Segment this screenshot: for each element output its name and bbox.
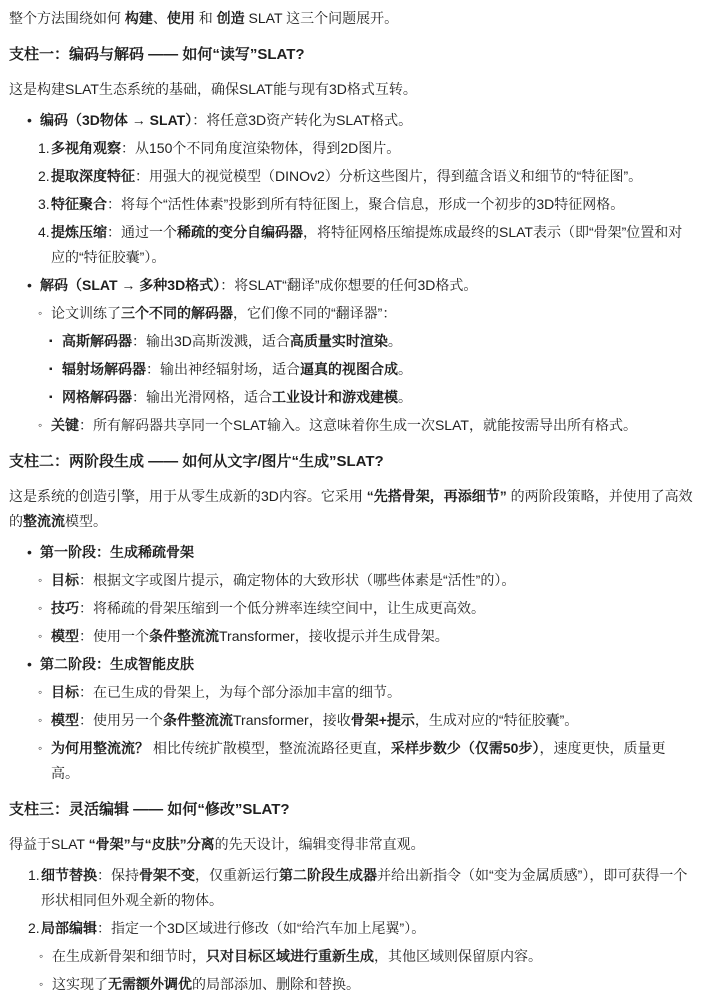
circle-bullet-icon: ◦ <box>38 413 51 438</box>
paragraph-text: 这是系统的创造引擎，用于从零生成新的3D内容。它采用 “先搭骨架，再添细节” 的… <box>9 488 693 529</box>
text-segment: “先搭骨架，再添细节” <box>367 488 507 504</box>
circle-bullet-icon: ◦ <box>39 972 52 990</box>
bullet-icon: • <box>27 273 40 298</box>
circle-bullet-icon: ◦ <box>38 624 51 649</box>
pillar1-lead: 这是构建SLAT生态系统的基础，确保SLAT能与现有3D格式互转。 <box>9 77 693 102</box>
text-segment: 第二阶段生成器 <box>279 867 377 883</box>
text-segment: 无需额外调优 <box>108 976 192 990</box>
text-segment: 的先天设计，编辑变得非常直观。 <box>215 836 425 852</box>
text-segment: 高斯解码器 <box>62 333 132 349</box>
text-segment: 使用 <box>167 10 195 26</box>
list-item-decoder: ▪ 辐射场解码器：输出神经辐射场，适合逼真的视图合成。 <box>49 357 693 382</box>
edit2-points: ◦ 在生成新骨架和细节时，只对目标区域进行重新生成，其他区域则保留原内容。 ◦ … <box>39 944 693 990</box>
circle-bullet-icon: ◦ <box>39 944 52 969</box>
square-bullet-icon: ▪ <box>49 385 62 410</box>
text-segment: ：保持 <box>97 867 139 883</box>
text-segment: 目标 <box>51 684 79 700</box>
list-item-body: 第一阶段：生成稀疏骨架 ◦ 目标：根据文字或图片提示，确定物体的大致形状（哪些体… <box>40 540 693 649</box>
text-segment: ：用强大的视觉模型（DINOv2）分析这些图片，得到蕴含语义和细节的“特征图”。 <box>135 168 642 184</box>
text-segment: 为何用整流流？ <box>51 740 149 756</box>
list-item-text: 多视角观察：从150个不同角度渲染物体，得到2D图片。 <box>51 136 693 161</box>
text-segment: 逼真的视图合成 <box>300 361 398 377</box>
text-segment: ：将每个“活性体素”投影到所有特征图上，聚合信息，形成一个初步的3D特征网格。 <box>107 196 624 212</box>
text-segment: 和 <box>195 10 217 26</box>
circle-bullet-icon: ◦ <box>38 596 51 621</box>
text-segment: ，其他区域则保留原内容。 <box>374 948 542 964</box>
text-segment: 条件整流流 <box>163 712 233 728</box>
list-item-text: 目标：在已生成的骨架上，为每个部分添加丰富的细节。 <box>51 680 693 705</box>
text-segment: 骨架不变 <box>139 867 195 883</box>
list-item-text: 在生成新骨架和细节时，只对目标区域进行重新生成，其他区域则保留原内容。 <box>52 944 693 969</box>
decode-sublist: ◦ 论文训练了三个不同的解码器，它们像不同的“翻译器”： ▪ 高斯解码器：输出3… <box>38 301 693 438</box>
list-item-text: 技巧：将稀疏的骨架压缩到一个低分辨率连续空间中，让生成更高效。 <box>51 596 693 621</box>
list-item-decode: • 解码（SLAT → 多种3D格式）：将SLAT“翻译”成你想要的任何3D格式… <box>27 273 693 438</box>
list-item-point: ◦ 为何用整流流？ 相比传统扩散模型，整流流路径更直，采样步数少（仅需50步），… <box>38 736 693 786</box>
text-segment: 。 <box>398 361 412 377</box>
text-segment: 网格解码器 <box>62 389 132 405</box>
document-body: 整个方法围绕如何 构建、使用 和 创造 SLAT 这三个问题展开。 支柱一：编码… <box>0 0 703 990</box>
list-item-step: 4. 提炼压缩：通过一个稀疏的变分自编码器，将特征网格压缩提炼成最终的SLAT表… <box>38 220 693 270</box>
list-item-edit2: 2. 局部编辑：指定一个3D区域进行修改（如“给汽车加上尾翼”）。 ◦ 在生成新… <box>28 916 693 990</box>
pillar3-heading: 支柱三：灵活编辑 —— 如何“修改”SLAT? <box>9 796 693 824</box>
text-segment: 整个方法围绕如何 <box>9 10 125 26</box>
list-item-translators: ◦ 论文训练了三个不同的解码器，它们像不同的“翻译器”： ▪ 高斯解码器：输出3… <box>38 301 693 410</box>
list-item-text: 第二阶段：生成智能皮肤 <box>40 652 693 677</box>
list-number: 2. <box>28 916 41 941</box>
text-segment: 工业设计和游戏建模 <box>272 389 398 405</box>
list-item-text: 第一阶段：生成稀疏骨架 <box>40 540 693 565</box>
list-item-point: ◦ 这实现了无需额外调优的局部添加、删除和替换。 <box>39 972 693 990</box>
text-segment: 在生成新骨架和细节时， <box>52 948 206 964</box>
list-number: 3. <box>38 192 51 217</box>
text-segment: ，它们像不同的“翻译器”： <box>233 305 396 321</box>
list-item-text: 辐射场解码器：输出神经辐射场，适合逼真的视图合成。 <box>62 357 693 382</box>
circle-bullet-icon: ◦ <box>38 708 51 733</box>
list-item-body: 论文训练了三个不同的解码器，它们像不同的“翻译器”： ▪ 高斯解码器：输出3D高… <box>51 301 693 410</box>
encode-steps-list: 1. 多视角观察：从150个不同角度渲染物体，得到2D图片。 2. 提取深度特征… <box>38 136 693 270</box>
pillar3-edit-list: 1. 细节替换：保持骨架不变，仅重新运行第二阶段生成器并给出新指令（如“变为金属… <box>9 863 693 990</box>
text-segment: ：使用一个 <box>79 628 149 644</box>
text-segment: 创造 <box>217 10 245 26</box>
text-segment: ：输出3D高斯泼溅，适合 <box>132 333 290 349</box>
text-segment: ：将稀疏的骨架压缩到一个低分辨率连续空间中，让生成更高效。 <box>79 600 485 616</box>
text-segment: ，仅重新运行 <box>195 867 279 883</box>
list-item-text: 网格解码器：输出光滑网格，适合工业设计和游戏建模。 <box>62 385 693 410</box>
list-item-text: 论文训练了三个不同的解码器，它们像不同的“翻译器”： <box>51 301 693 326</box>
list-item-decoder: ▪ 高斯解码器：输出3D高斯泼溅，适合高质量实时渲染。 <box>49 329 693 354</box>
list-item-body: 编码（3D物体 → SLAT）：将任意3D资产转化为SLAT格式。 1. 多视角… <box>40 108 693 270</box>
list-item-point: ◦ 目标：根据文字或图片提示，确定物体的大致形状（哪些体素是“活性”的）。 <box>38 568 693 593</box>
text-segment: 提炼压缩 <box>51 224 107 240</box>
list-item-point: ◦ 模型：使用一个条件整流流Transformer，接收提示并生成骨架。 <box>38 624 693 649</box>
pillar3-lead: 得益于SLAT “骨架”与“皮肤”分离的先天设计，编辑变得非常直观。 <box>9 832 693 857</box>
list-item-text: 目标：根据文字或图片提示，确定物体的大致形状（哪些体素是“活性”的）。 <box>51 568 693 593</box>
pillar1-heading: 支柱一：编码与解码 —— 如何“读写”SLAT? <box>9 41 693 69</box>
list-item-text: 提炼压缩：通过一个稀疏的变分自编码器，将特征网格压缩提炼成最终的SLAT表示（即… <box>51 220 693 270</box>
text-segment: 只对目标区域进行重新生成 <box>206 948 374 964</box>
list-item-stage2: • 第二阶段：生成智能皮肤 ◦ 目标：在已生成的骨架上，为每个部分添加丰富的细节… <box>27 652 693 786</box>
list-item-point: ◦ 技巧：将稀疏的骨架压缩到一个低分辨率连续空间中，让生成更高效。 <box>38 596 693 621</box>
list-item-text: 细节替换：保持骨架不变，仅重新运行第二阶段生成器并给出新指令（如“变为金属质感”… <box>41 863 693 913</box>
heading-text: 支柱二：两阶段生成 —— 如何从文字/图片“生成”SLAT? <box>9 453 384 470</box>
heading-text: 支柱三：灵活编辑 —— 如何“修改”SLAT? <box>9 801 290 818</box>
text-segment: ：从150个不同角度渲染物体，得到2D图片。 <box>121 140 400 156</box>
text-segment: 局部编辑 <box>41 920 97 936</box>
text-segment: Transformer，接收 <box>233 712 351 728</box>
stage2-points: ◦ 目标：在已生成的骨架上，为每个部分添加丰富的细节。 ◦ 模型：使用另一个条件… <box>38 680 693 786</box>
list-item-text: 特征聚合：将每个“活性体素”投影到所有特征图上，聚合信息，形成一个初步的3D特征… <box>51 192 693 217</box>
text-segment: 模型 <box>51 712 79 728</box>
paragraph-text: 这是构建SLAT生态系统的基础，确保SLAT能与现有3D格式互转。 <box>9 81 417 97</box>
text-segment: 模型 <box>51 628 79 644</box>
bullet-icon: • <box>27 652 40 677</box>
text-segment: 。 <box>388 333 402 349</box>
text-segment: ：所有解码器共享同一个SLAT输入。这意味着你生成一次SLAT，就能按需导出所有… <box>79 417 637 433</box>
text-segment: 支柱二：两阶段生成 —— 如何从文字/图片“生成”SLAT? <box>9 453 384 470</box>
list-item-step: 1. 多视角观察：从150个不同角度渲染物体，得到2D图片。 <box>38 136 693 161</box>
list-item-text: 为何用整流流？ 相比传统扩散模型，整流流路径更直，采样步数少（仅需50步），速度… <box>51 736 693 786</box>
bullet-icon: • <box>27 540 40 565</box>
list-item-stage1: • 第一阶段：生成稀疏骨架 ◦ 目标：根据文字或图片提示，确定物体的大致形状（哪… <box>27 540 693 649</box>
list-item-step: 3. 特征聚合：将每个“活性体素”投影到所有特征图上，聚合信息，形成一个初步的3… <box>38 192 693 217</box>
text-segment: 支柱一：编码与解码 —— 如何“读写”SLAT? <box>9 46 305 63</box>
list-number: 1. <box>38 136 51 161</box>
decoders-list: ▪ 高斯解码器：输出3D高斯泼溅，适合高质量实时渲染。 ▪ 辐射场解码器：输出神… <box>49 329 693 410</box>
text-segment: 支柱三：灵活编辑 —— 如何“修改”SLAT? <box>9 801 290 818</box>
text-segment: 稀疏的变分自编码器 <box>177 224 303 240</box>
text-segment: 高质量实时渲染 <box>290 333 388 349</box>
text-segment: 目标 <box>51 572 79 588</box>
text-segment: 三个不同的解码器 <box>121 305 233 321</box>
text-segment: 解码（SLAT → 多种3D格式） <box>40 277 220 293</box>
pillar2-list: • 第一阶段：生成稀疏骨架 ◦ 目标：根据文字或图片提示，确定物体的大致形状（哪… <box>9 540 693 786</box>
text-segment: 这是构建SLAT生态系统的基础，确保SLAT能与现有3D格式互转。 <box>9 81 417 97</box>
text-segment: SLAT 这三个问题展开。 <box>245 10 399 26</box>
list-item-point: ◦ 模型：使用另一个条件整流流Transformer，接收骨架+提示，生成对应的… <box>38 708 693 733</box>
list-number: 1. <box>28 863 41 888</box>
paragraph-text: 得益于SLAT “骨架”与“皮肤”分离的先天设计，编辑变得非常直观。 <box>9 836 425 852</box>
pillar2-lead: 这是系统的创造引擎，用于从零生成新的3D内容。它采用 “先搭骨架，再添细节” 的… <box>9 484 693 534</box>
text-segment: 得益于SLAT <box>9 836 89 852</box>
list-item-encode: • 编码（3D物体 → SLAT）：将任意3D资产转化为SLAT格式。 1. 多… <box>27 108 693 270</box>
text-segment: 构建 <box>125 10 153 26</box>
list-item-text: 模型：使用一个条件整流流Transformer，接收提示并生成骨架。 <box>51 624 693 649</box>
text-segment: 细节替换 <box>41 867 97 883</box>
list-item-decoder: ▪ 网格解码器：输出光滑网格，适合工业设计和游戏建模。 <box>49 385 693 410</box>
list-item-body: 解码（SLAT → 多种3D格式）：将SLAT“翻译”成你想要的任何3D格式。 … <box>40 273 693 438</box>
text-segment: 。 <box>398 389 412 405</box>
bullet-icon: • <box>27 108 40 133</box>
text-segment: 相比传统扩散模型，整流流路径更直， <box>149 740 391 756</box>
circle-bullet-icon: ◦ <box>38 568 51 593</box>
text-segment: 编码（3D物体 → SLAT） <box>40 112 192 128</box>
circle-bullet-icon: ◦ <box>38 680 51 705</box>
text-segment: 这是系统的创造引擎，用于从零生成新的3D内容。它采用 <box>9 488 367 504</box>
text-segment: 多视角观察 <box>51 140 121 156</box>
list-item-key: ◦ 关键：所有解码器共享同一个SLAT输入。这意味着你生成一次SLAT，就能按需… <box>38 413 693 438</box>
square-bullet-icon: ▪ <box>49 357 62 382</box>
text-segment: ：输出神经辐射场，适合 <box>146 361 300 377</box>
text-segment: 第二阶段：生成智能皮肤 <box>40 656 194 672</box>
pillar1-list: • 编码（3D物体 → SLAT）：将任意3D资产转化为SLAT格式。 1. 多… <box>9 108 693 438</box>
text-segment: 条件整流流 <box>149 628 219 644</box>
heading-text: 支柱一：编码与解码 —— 如何“读写”SLAT? <box>9 46 305 63</box>
list-item-text: 解码（SLAT → 多种3D格式）：将SLAT“翻译”成你想要的任何3D格式。 <box>40 273 693 298</box>
text-segment: ：根据文字或图片提示，确定物体的大致形状（哪些体素是“活性”的）。 <box>79 572 515 588</box>
list-item-text: 高斯解码器：输出3D高斯泼溅，适合高质量实时渲染。 <box>62 329 693 354</box>
square-bullet-icon: ▪ <box>49 329 62 354</box>
text-segment: 的局部添加、删除和替换。 <box>192 976 360 990</box>
paragraph-text: 整个方法围绕如何 构建、使用 和 创造 SLAT 这三个问题展开。 <box>9 10 398 26</box>
text-segment: 、 <box>153 10 167 26</box>
list-item-text: 关键：所有解码器共享同一个SLAT输入。这意味着你生成一次SLAT，就能按需导出… <box>51 413 693 438</box>
text-segment: ：将任意3D资产转化为SLAT格式。 <box>192 112 412 128</box>
list-item-point: ◦ 目标：在已生成的骨架上，为每个部分添加丰富的细节。 <box>38 680 693 705</box>
text-segment: 模型。 <box>65 513 107 529</box>
text-segment: ：使用另一个 <box>79 712 163 728</box>
text-segment: 提取深度特征 <box>51 168 135 184</box>
text-segment: ：通过一个 <box>107 224 177 240</box>
text-segment: “骨架”与“皮肤”分离 <box>89 836 215 852</box>
text-segment: 辐射场解码器 <box>62 361 146 377</box>
list-item-text: 编码（3D物体 → SLAT）：将任意3D资产转化为SLAT格式。 <box>40 108 693 133</box>
text-segment: 特征聚合 <box>51 196 107 212</box>
list-item-text: 提取深度特征：用强大的视觉模型（DINOv2）分析这些图片，得到蕴含语义和细节的… <box>51 164 693 189</box>
text-segment: ：将SLAT“翻译”成你想要的任何3D格式。 <box>220 277 477 293</box>
list-item-body: 第二阶段：生成智能皮肤 ◦ 目标：在已生成的骨架上，为每个部分添加丰富的细节。 … <box>40 652 693 786</box>
text-segment: 关键 <box>51 417 79 433</box>
list-item-point: ◦ 在生成新骨架和细节时，只对目标区域进行重新生成，其他区域则保留原内容。 <box>39 944 693 969</box>
list-item-step: 2. 提取深度特征：用强大的视觉模型（DINOv2）分析这些图片，得到蕴含语义和… <box>38 164 693 189</box>
list-number: 2. <box>38 164 51 189</box>
text-segment: ，生成对应的“特征胶囊”。 <box>415 712 578 728</box>
list-item-text: 这实现了无需额外调优的局部添加、删除和替换。 <box>52 972 693 990</box>
list-item-body: 局部编辑：指定一个3D区域进行修改（如“给汽车加上尾翼”）。 ◦ 在生成新骨架和… <box>41 916 693 990</box>
circle-bullet-icon: ◦ <box>38 301 51 326</box>
text-segment: 骨架+提示 <box>351 712 415 728</box>
text-segment: 第一阶段：生成稀疏骨架 <box>40 544 194 560</box>
text-segment: ：在已生成的骨架上，为每个部分添加丰富的细节。 <box>79 684 401 700</box>
text-segment: 技巧 <box>51 600 79 616</box>
text-segment: ：输出光滑网格，适合 <box>132 389 272 405</box>
text-segment: 整流流 <box>23 513 65 529</box>
list-item-edit1: 1. 细节替换：保持骨架不变，仅重新运行第二阶段生成器并给出新指令（如“变为金属… <box>28 863 693 913</box>
text-segment: 论文训练了 <box>51 305 121 321</box>
stage1-points: ◦ 目标：根据文字或图片提示，确定物体的大致形状（哪些体素是“活性”的）。 ◦ … <box>38 568 693 649</box>
text-segment: ：指定一个3D区域进行修改（如“给汽车加上尾翼”）。 <box>97 920 425 936</box>
intro-paragraph: 整个方法围绕如何 构建、使用 和 创造 SLAT 这三个问题展开。 <box>9 6 693 31</box>
pillar2-heading: 支柱二：两阶段生成 —— 如何从文字/图片“生成”SLAT? <box>9 448 693 476</box>
text-segment: Transformer，接收提示并生成骨架。 <box>219 628 449 644</box>
circle-bullet-icon: ◦ <box>38 736 51 761</box>
list-item-text: 局部编辑：指定一个3D区域进行修改（如“给汽车加上尾翼”）。 <box>41 916 693 941</box>
text-segment: 这实现了 <box>52 976 108 990</box>
text-segment: 采样步数少（仅需50步） <box>391 740 540 756</box>
list-number: 4. <box>38 220 51 245</box>
list-item-text: 模型：使用另一个条件整流流Transformer，接收骨架+提示，生成对应的“特… <box>51 708 693 733</box>
